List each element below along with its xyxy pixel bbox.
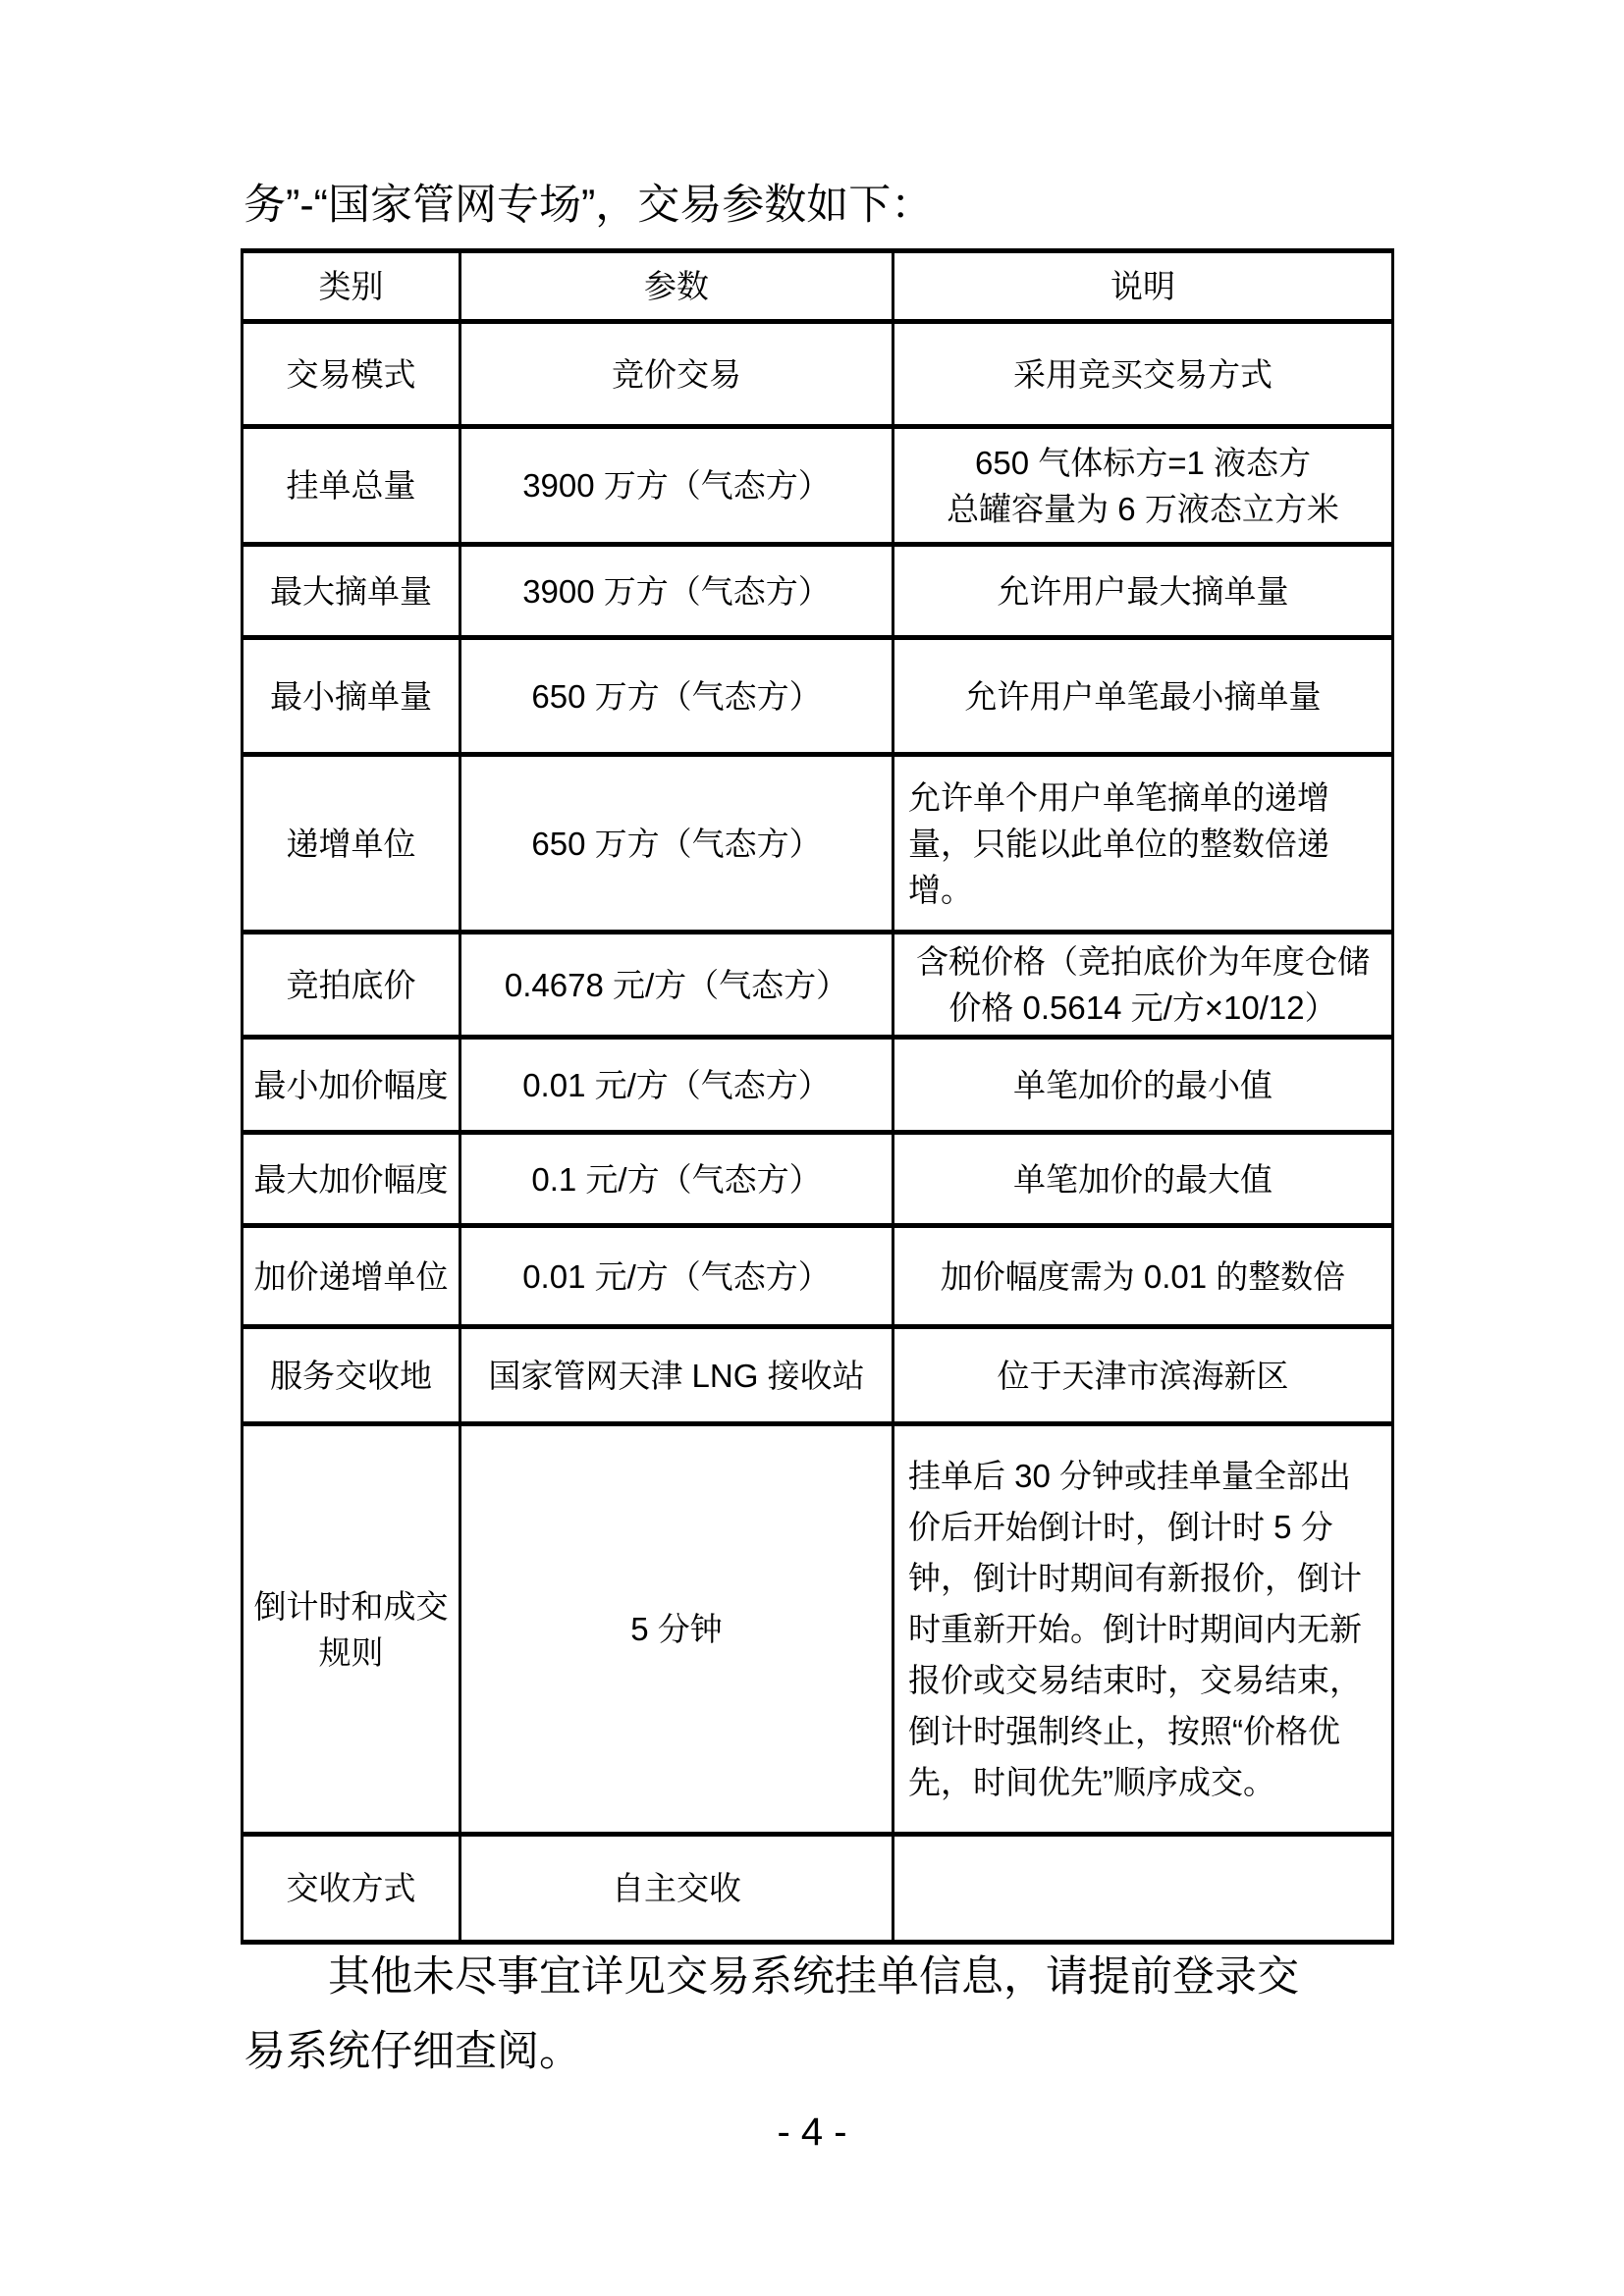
cell-category: 递增单位: [243, 755, 460, 933]
table-row: 最大加价幅度 0.1 元/方（气态方） 单笔加价的最大值: [243, 1133, 1393, 1226]
cell-description: 650 气体标方=1 液态方 总罐容量为 6 万液态立方米: [893, 427, 1393, 545]
table-row: 加价递增单位 0.01 元/方（气态方） 加价幅度需为 0.01 的整数倍: [243, 1226, 1393, 1327]
cell-category: 挂单总量: [243, 427, 460, 545]
table-row: 交易模式 竞价交易 采用竞买交易方式: [243, 322, 1393, 427]
cell-description: 位于天津市滨海新区: [893, 1327, 1393, 1424]
table-row: 最大摘单量 3900 万方（气态方） 允许用户最大摘单量: [243, 545, 1393, 638]
cell-parameter: 竞价交易: [460, 322, 893, 427]
cell-parameter: 650 万方（气态方）: [460, 755, 893, 933]
column-header-category: 类别: [243, 251, 460, 322]
cell-description: 加价幅度需为 0.01 的整数倍: [893, 1226, 1393, 1327]
cell-parameter: 650 万方（气态方）: [460, 638, 893, 755]
page-title: 务”-“国家管网专场”，交易参数如下：: [244, 180, 1422, 231]
cell-description: 含税价格（竞拍底价为年度仓储 价格 0.5614 元/方×10/12）: [893, 933, 1393, 1038]
cell-category: 最小摘单量: [243, 638, 460, 755]
cell-category: 竞拍底价: [243, 933, 460, 1038]
cell-parameter: 0.1 元/方（气态方）: [460, 1133, 893, 1226]
page-number: - 4 -: [0, 2110, 1624, 2154]
cell-category: 交易模式: [243, 322, 460, 427]
table-row: 竞拍底价 0.4678 元/方（气态方） 含税价格（竞拍底价为年度仓储 价格 0…: [243, 933, 1393, 1038]
table-row: 最小加价幅度 0.01 元/方（气态方） 单笔加价的最小值: [243, 1038, 1393, 1133]
table-header-row: 类别 参数 说明: [243, 251, 1393, 322]
table-row: 最小摘单量 650 万方（气态方） 允许用户单笔最小摘单量: [243, 638, 1393, 755]
cell-category: 服务交收地: [243, 1327, 460, 1424]
table-row: 倒计时和成交规则 5 分钟 挂单后 30 分钟或挂单量全部出 价后开始倒计时，倒…: [243, 1424, 1393, 1835]
cell-description: 允许用户最大摘单量: [893, 545, 1393, 638]
cell-description: 单笔加价的最大值: [893, 1133, 1393, 1226]
cell-category: 最小加价幅度: [243, 1038, 460, 1133]
cell-category: 最大摘单量: [243, 545, 460, 638]
cell-parameter: 国家管网天津 LNG 接收站: [460, 1327, 893, 1424]
cell-category: 加价递增单位: [243, 1226, 460, 1327]
cell-parameter: 3900 万方（气态方）: [460, 427, 893, 545]
document-page: 务”-“国家管网专场”，交易参数如下： 类别 参数 说明 交易模式 竞价交易 采…: [0, 0, 1624, 2296]
cell-description: 单笔加价的最小值: [893, 1038, 1393, 1133]
cell-parameter: 0.4678 元/方（气态方）: [460, 933, 893, 1038]
column-header-description: 说明: [893, 251, 1393, 322]
column-header-parameter: 参数: [460, 251, 893, 322]
cell-parameter: 0.01 元/方（气态方）: [460, 1038, 893, 1133]
cell-category: 最大加价幅度: [243, 1133, 460, 1226]
cell-description: 允许单个用户单笔摘单的递增 量，只能以此单位的整数倍递 增。: [893, 755, 1393, 933]
parameters-table: 类别 参数 说明 交易模式 竞价交易 采用竞买交易方式 挂单总量 3900 万方…: [241, 248, 1394, 1945]
table-row: 服务交收地 国家管网天津 LNG 接收站 位于天津市滨海新区: [243, 1327, 1393, 1424]
cell-parameter: 3900 万方（气态方）: [460, 545, 893, 638]
cell-parameter: 自主交收: [460, 1835, 893, 1943]
cell-parameter: 0.01 元/方（气态方）: [460, 1226, 893, 1327]
cell-description: 允许用户单笔最小摘单量: [893, 638, 1393, 755]
cell-category: 倒计时和成交规则: [243, 1424, 460, 1835]
cell-category: 交收方式: [243, 1835, 460, 1943]
table-row: 挂单总量 3900 万方（气态方） 650 气体标方=1 液态方 总罐容量为 6…: [243, 427, 1393, 545]
table-row: 交收方式 自主交收: [243, 1835, 1393, 1943]
cell-description: 挂单后 30 分钟或挂单量全部出 价后开始倒计时，倒计时 5 分 钟，倒计时期间…: [893, 1424, 1393, 1835]
cell-description: 采用竞买交易方式: [893, 322, 1393, 427]
footer-note: 其他未尽事宜详见交易系统挂单信息，请提前登录交 易系统仔细查阅。: [244, 1940, 1402, 2089]
cell-description: [893, 1835, 1393, 1943]
table-row: 递增单位 650 万方（气态方） 允许单个用户单笔摘单的递增 量，只能以此单位的…: [243, 755, 1393, 933]
cell-parameter: 5 分钟: [460, 1424, 893, 1835]
